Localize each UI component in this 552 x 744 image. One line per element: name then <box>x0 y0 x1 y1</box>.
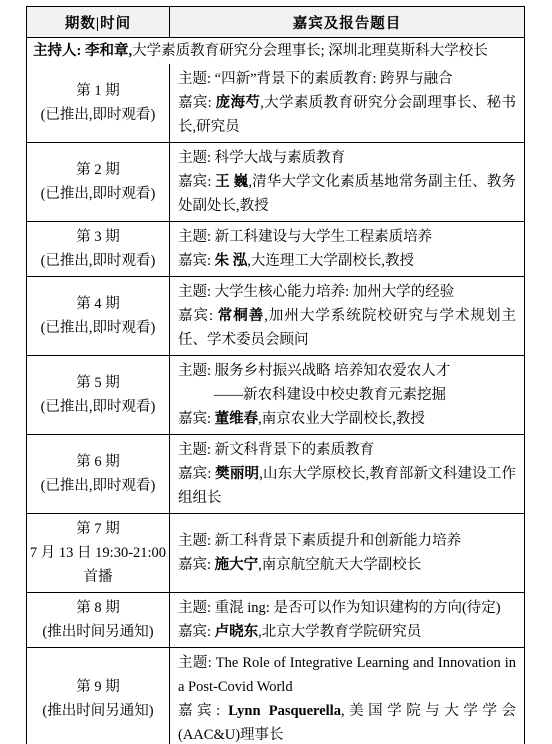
content-line: 主题: 大学生核心能力培养: 加州大学的经验 <box>178 280 516 304</box>
text-segment: ,南京航空航天大学副校长 <box>258 557 421 573</box>
text-segment: 嘉宾: <box>178 557 215 573</box>
content-line: 主题: 新工科建设与大学生工程素质培养 <box>178 225 516 249</box>
table-header-row: 期数|时间 嘉宾及报告题目 <box>27 7 524 37</box>
guest-name: 施大宁 <box>215 557 259 573</box>
content-cell: 主题: The Role of Integrative Learning and… <box>170 648 524 744</box>
guest-name: 董维春 <box>215 411 259 427</box>
content-cell: 主题: 大学生核心能力培养: 加州大学的经验嘉宾: 常桐善,加州大学系统院校研究… <box>170 277 524 355</box>
period-cell: 第 8 期(推出时间另通知) <box>27 593 170 647</box>
text-segment: 嘉宾: <box>178 174 215 190</box>
text-segment: 主题: The Role of Integrative Learning and… <box>178 655 516 695</box>
period-line: 7 月 13 日 19:30-21:00 <box>30 541 166 565</box>
text-segment: 主题: 新工科建设与大学生工程素质培养 <box>178 229 432 245</box>
content-line: 嘉宾: 卢晓东,北京大学教育学院研究员 <box>178 620 516 644</box>
period-line: 第 4 期 <box>76 292 120 316</box>
host-name-label: 主持人: 李和章, <box>33 43 132 59</box>
text-segment: 主题: 科学大战与素质教育 <box>178 150 345 166</box>
guest-name: 庞海芍 <box>216 95 261 111</box>
guest-name: Lynn Pasquerella <box>228 703 341 719</box>
content-line: 嘉宾: 樊丽明,山东大学原校长,教育部新文科建设工作组组长 <box>178 462 516 510</box>
text-segment: 主题: 新文科背景下的素质教育 <box>178 442 374 458</box>
table-row: 第 5 期(已推出,即时观看)主题: 服务乡村振兴战略 培养知农爱农人才——新农… <box>27 355 524 434</box>
content-line: 主题: 服务乡村振兴战略 培养知农爱农人才 <box>178 359 516 383</box>
text-segment: 嘉宾: <box>178 624 215 640</box>
period-line: (已推出,即时观看) <box>41 249 156 273</box>
text-segment: ,北京大学教育学院研究员 <box>258 624 421 640</box>
host-title-text: 大学素质教育研究分会理事长; 深圳北理莫斯科大学校长 <box>132 43 488 59</box>
period-cell: 第 6 期(已推出,即时观看) <box>27 435 170 513</box>
period-line: 第 7 期 <box>76 517 120 541</box>
content-line: 主题: The Role of Integrative Learning and… <box>178 651 516 699</box>
period-line: (已推出,即时观看) <box>41 316 156 340</box>
period-line: 第 8 期 <box>76 596 120 620</box>
host-row: 主持人: 李和章,大学素质教育研究分会理事长; 深圳北理莫斯科大学校长 <box>27 37 524 64</box>
header-period-time: 期数|时间 <box>27 7 170 37</box>
period-cell: 第 4 期(已推出,即时观看) <box>27 277 170 355</box>
period-line: (推出时间另通知) <box>42 620 153 644</box>
period-line: 第 1 期 <box>76 79 120 103</box>
table-row: 第 8 期(推出时间另通知)主题: 重混 ing: 是否可以作为知识建构的方向(… <box>27 592 524 647</box>
content-line: 嘉宾: 王 巍,清华大学文化素质基地常务副主任、教务处副处长,教授 <box>178 170 516 218</box>
table-row: 第 6 期(已推出,即时观看)主题: 新文科背景下的素质教育嘉宾: 樊丽明,山东… <box>27 434 524 513</box>
header-guest-topic: 嘉宾及报告题目 <box>170 7 524 37</box>
content-line: 主题: 新工科背景下素质提升和创新能力培养 <box>178 529 516 553</box>
content-line: 主题: “四新”背景下的素质教育: 跨界与融合 <box>178 67 516 91</box>
content-line: ——新农科建设中校史教育元素挖掘 <box>178 383 516 407</box>
period-line: (已推出,即时观看) <box>41 395 156 419</box>
content-line: 主题: 新文科背景下的素质教育 <box>178 438 516 462</box>
text-segment: 嘉宾: <box>178 95 216 111</box>
period-cell: 第 9 期(推出时间另通知) <box>27 648 170 744</box>
period-line: 第 3 期 <box>76 225 120 249</box>
text-segment: ,南京农业大学副校长,教授 <box>258 411 425 427</box>
period-line: (已推出,即时观看) <box>41 474 156 498</box>
text-segment: 嘉宾: <box>178 703 228 719</box>
text-segment: 主题: “四新”背景下的素质教育: 跨界与融合 <box>178 71 453 87</box>
text-segment: 嘉宾: <box>178 411 215 427</box>
content-cell: 主题: 新工科建设与大学生工程素质培养嘉宾: 朱 泓,大连理工大学副校长,教授 <box>170 222 524 276</box>
guest-name: 卢晓东 <box>215 624 259 640</box>
text-segment: 主题: 服务乡村振兴战略 培养知农爱农人才 <box>178 363 450 379</box>
period-line: (已推出,即时观看) <box>41 103 156 127</box>
period-cell: 第 1 期(已推出,即时观看) <box>27 64 170 142</box>
period-line: 第 5 期 <box>76 371 120 395</box>
text-segment: 嘉宾: <box>178 466 215 482</box>
content-cell: 主题: 新工科背景下素质提升和创新能力培养嘉宾: 施大宁,南京航空航天大学副校长 <box>170 514 524 592</box>
table-row: 第 7 期7 月 13 日 19:30-21:00首播主题: 新工科背景下素质提… <box>27 513 524 592</box>
schedule-table: 期数|时间 嘉宾及报告题目 主持人: 李和章,大学素质教育研究分会理事长; 深圳… <box>26 6 525 744</box>
text-segment: ,大连理工大学副校长,教授 <box>247 253 414 269</box>
text-segment: 嘉宾: <box>178 253 215 269</box>
table-row: 第 9 期(推出时间另通知)主题: The Role of Integrativ… <box>27 647 524 744</box>
content-line: 嘉宾: 庞海芍,大学素质教育研究分会副理事长、秘书长,研究员 <box>178 91 516 139</box>
period-cell: 第 2 期(已推出,即时观看) <box>27 143 170 221</box>
guest-name: 樊丽明 <box>215 466 259 482</box>
period-line: (已推出,即时观看) <box>41 182 156 206</box>
content-cell: 主题: 服务乡村振兴战略 培养知农爱农人才——新农科建设中校史教育元素挖掘嘉宾:… <box>170 356 524 434</box>
text-segment: 主题: 重混 ing: 是否可以作为知识建构的方向(待定) <box>178 600 501 616</box>
period-line: 第 2 期 <box>76 158 120 182</box>
period-cell: 第 3 期(已推出,即时观看) <box>27 222 170 276</box>
content-line: 嘉宾: 董维春,南京农业大学副校长,教授 <box>178 407 516 431</box>
content-line: 嘉宾: 朱 泓,大连理工大学副校长,教授 <box>178 249 516 273</box>
table-row: 第 2 期(已推出,即时观看)主题: 科学大战与素质教育嘉宾: 王 巍,清华大学… <box>27 142 524 221</box>
content-line: 主题: 科学大战与素质教育 <box>178 146 516 170</box>
content-line: 嘉宾: Lynn Pasquerella,美国学院与大学学会(AAC&U)理事长 <box>178 699 516 744</box>
table-row: 第 4 期(已推出,即时观看)主题: 大学生核心能力培养: 加州大学的经验嘉宾:… <box>27 276 524 355</box>
guest-name: 王 巍 <box>215 174 248 190</box>
guest-name: 常桐善 <box>218 308 265 324</box>
table-body: 第 1 期(已推出,即时观看)主题: “四新”背景下的素质教育: 跨界与融合嘉宾… <box>27 64 524 744</box>
content-cell: 主题: 新文科背景下的素质教育嘉宾: 樊丽明,山东大学原校长,教育部新文科建设工… <box>170 435 524 513</box>
content-cell: 主题: 科学大战与素质教育嘉宾: 王 巍,清华大学文化素质基地常务副主任、教务处… <box>170 143 524 221</box>
guest-name: 朱 泓 <box>215 253 248 269</box>
content-cell: 主题: “四新”背景下的素质教育: 跨界与融合嘉宾: 庞海芍,大学素质教育研究分… <box>170 64 524 142</box>
period-line: 第 6 期 <box>76 450 120 474</box>
table-row: 第 3 期(已推出,即时观看)主题: 新工科建设与大学生工程素质培养嘉宾: 朱 … <box>27 221 524 276</box>
period-cell: 第 7 期7 月 13 日 19:30-21:00首播 <box>27 514 170 592</box>
table-row: 第 1 期(已推出,即时观看)主题: “四新”背景下的素质教育: 跨界与融合嘉宾… <box>27 64 524 142</box>
text-segment: 嘉宾: <box>178 308 218 324</box>
period-line: (推出时间另通知) <box>42 699 153 723</box>
text-segment: 主题: 新工科背景下素质提升和创新能力培养 <box>178 533 461 549</box>
content-line: 嘉宾: 常桐善,加州大学系统院校研究与学术规划主任、学术委员会顾问 <box>178 304 516 352</box>
content-line: 嘉宾: 施大宁,南京航空航天大学副校长 <box>178 553 516 577</box>
content-line: 主题: 重混 ing: 是否可以作为知识建构的方向(待定) <box>178 596 516 620</box>
period-line: 第 9 期 <box>76 675 120 699</box>
text-segment: ——新农科建设中校史教育元素挖掘 <box>214 387 446 403</box>
period-line: 首播 <box>84 565 113 589</box>
text-segment: 主题: 大学生核心能力培养: 加州大学的经验 <box>178 284 454 300</box>
period-cell: 第 5 期(已推出,即时观看) <box>27 356 170 434</box>
content-cell: 主题: 重混 ing: 是否可以作为知识建构的方向(待定)嘉宾: 卢晓东,北京大… <box>170 593 524 647</box>
